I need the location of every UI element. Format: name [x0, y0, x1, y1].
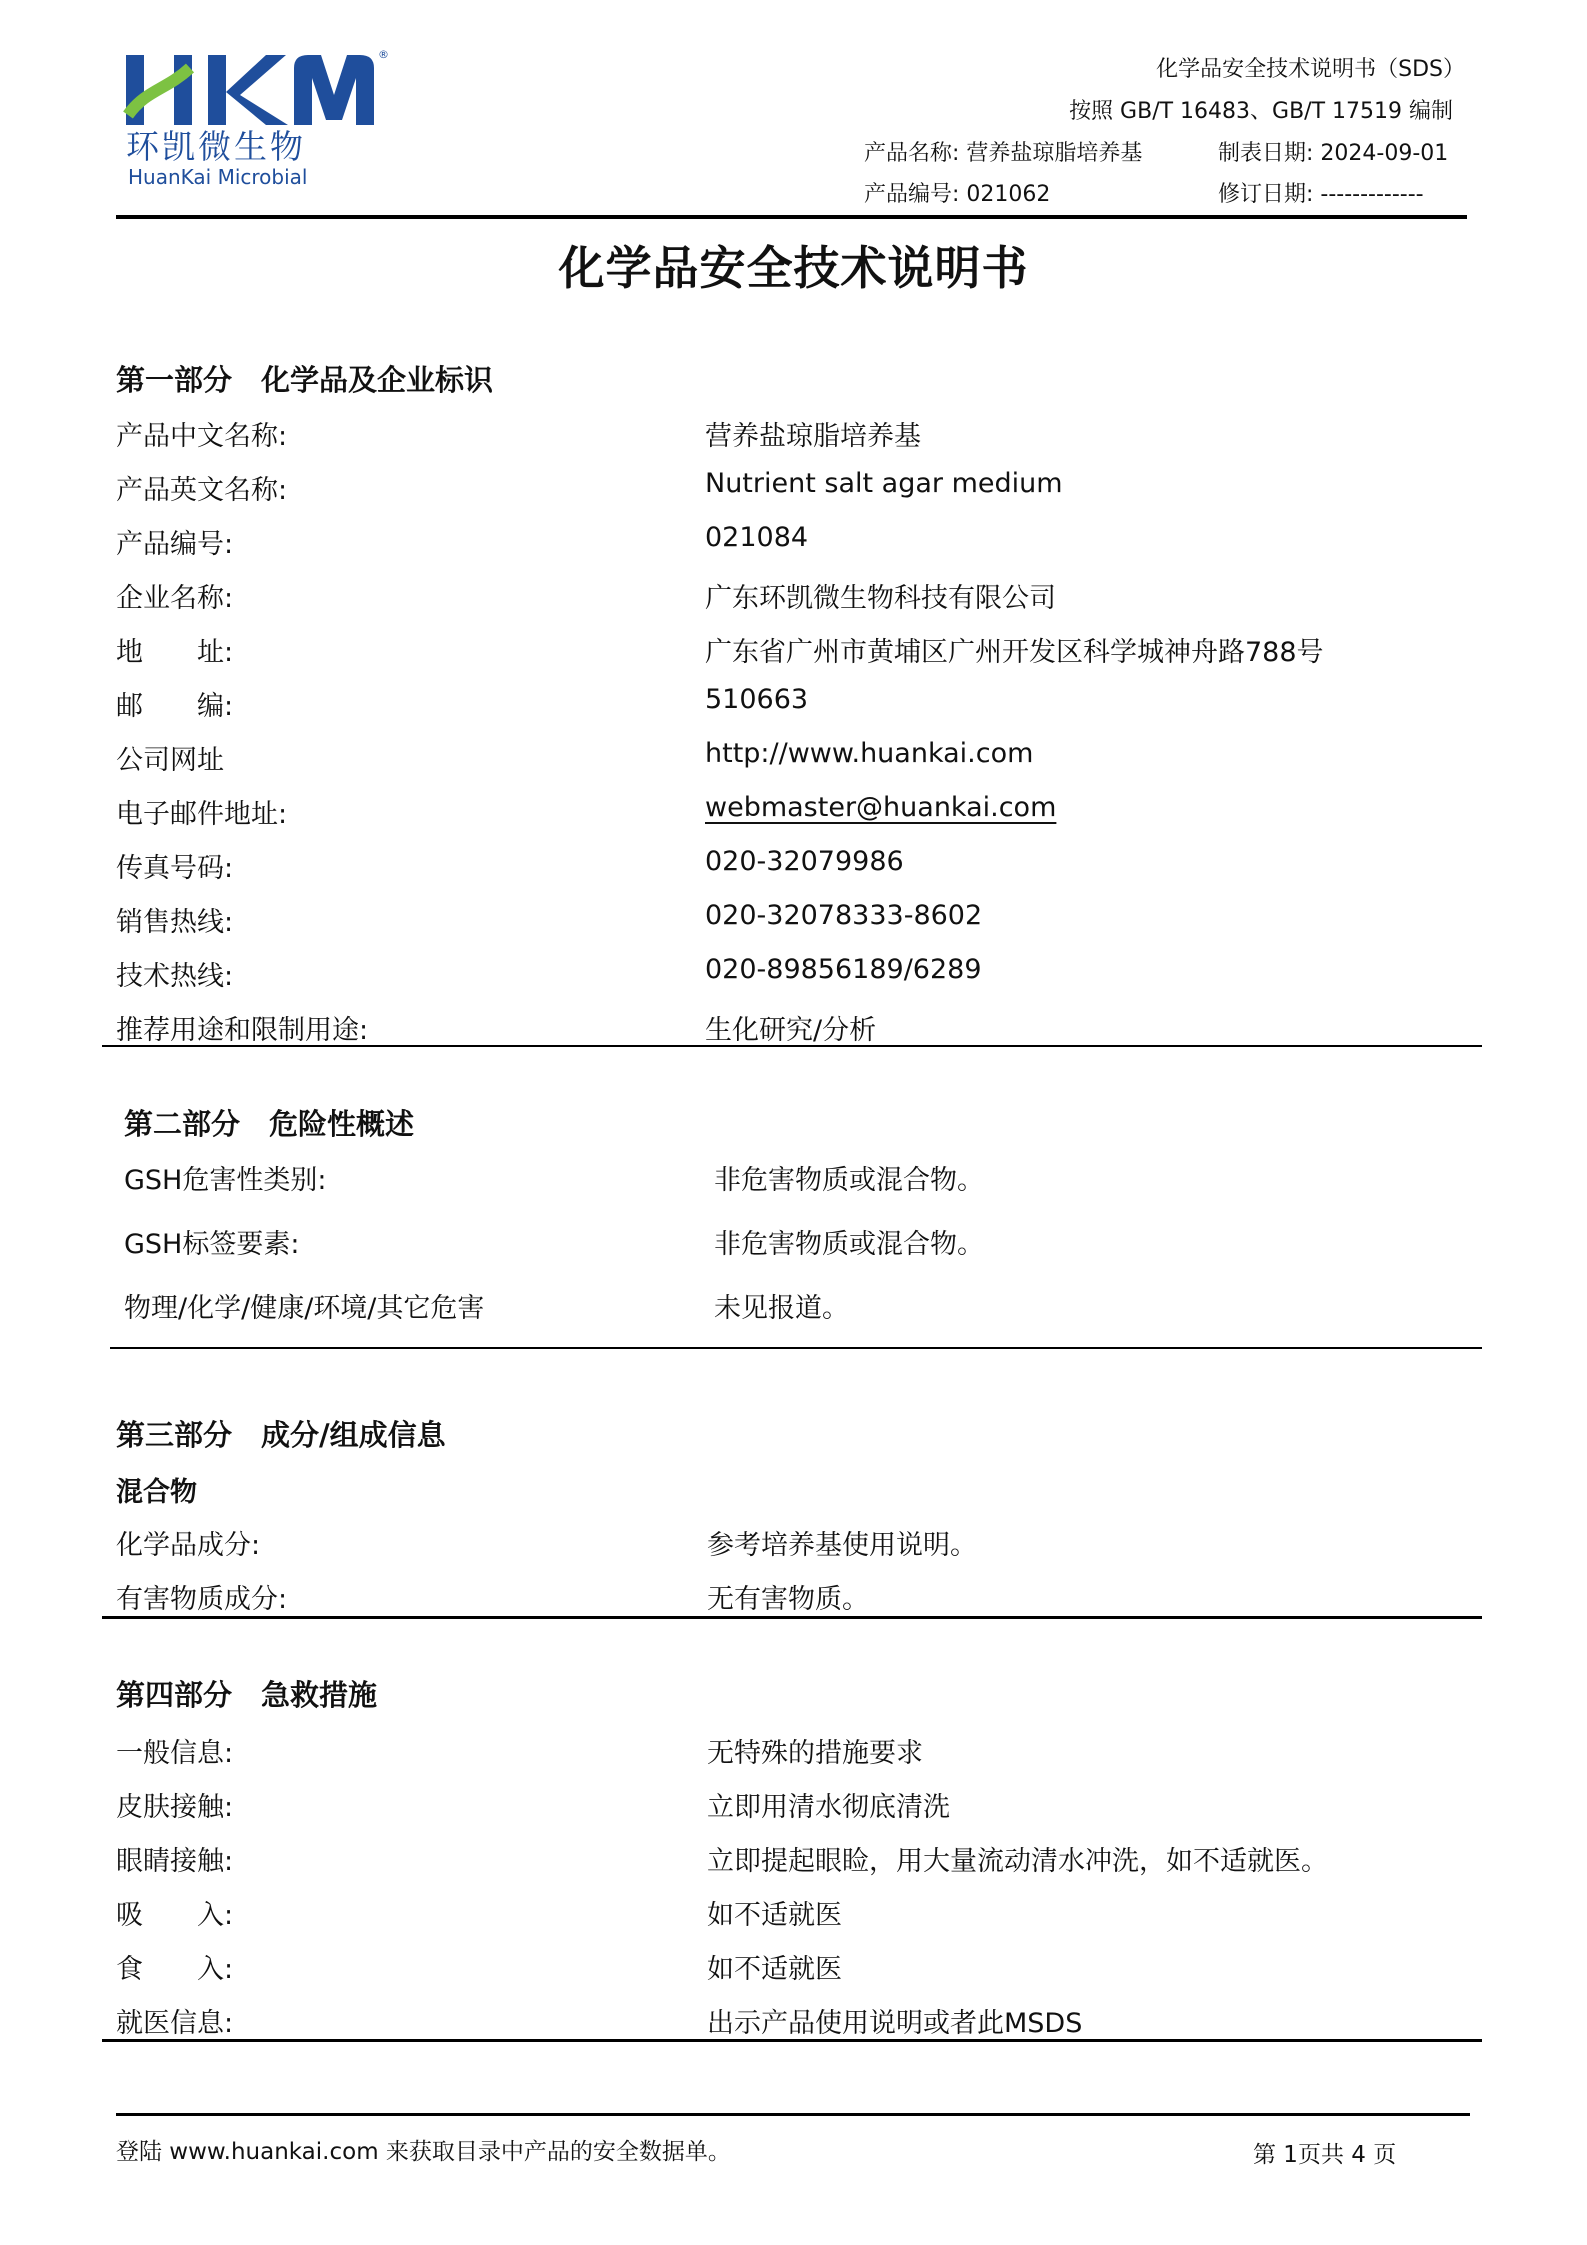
field-value: 如不适就医	[707, 1893, 842, 1932]
section2-divider	[110, 1347, 1482, 1349]
product-code-label: 产品编号:	[864, 182, 959, 207]
field-label: 产品英文名称:	[116, 468, 287, 507]
field-value: 广东环凯微生物科技有限公司	[705, 576, 1056, 615]
section3-divider	[102, 1616, 1482, 1619]
section2-heading: 第二部分 危险性概述	[124, 1102, 414, 1143]
header-divider	[116, 215, 1467, 219]
field-label: 推荐用途和限制用途:	[116, 1008, 368, 1047]
field-label: 公司网址	[116, 738, 224, 777]
field-label: 企业名称:	[116, 576, 233, 615]
date-value: 2024-09-01	[1320, 141, 1448, 166]
field-value: 020-89856189/6289	[705, 954, 982, 985]
footer-divider	[116, 2113, 1470, 2116]
field-label: 技术热线:	[116, 954, 233, 993]
header-product-code: 产品编号: 021062	[864, 177, 1050, 208]
field-value: 021084	[705, 522, 808, 553]
date-label: 制表日期:	[1218, 141, 1313, 166]
page-number: 第 1页共 4 页	[1253, 2136, 1396, 2169]
field-value: 参考培养基使用说明。	[707, 1523, 977, 1562]
section1-heading: 第一部分 化学品及企业标识	[116, 358, 493, 399]
header-revision: 修订日期: -------------	[1218, 177, 1424, 208]
standard-note: 按照 GB/T 16483、GB/T 17519 编制	[1069, 94, 1453, 125]
field-label: 食 入:	[116, 1947, 233, 1986]
field-label: 地 址:	[116, 630, 233, 669]
doc-type: 化学品安全技术说明书（SDS）	[1156, 52, 1465, 83]
field-label: 产品中文名称:	[116, 414, 287, 453]
section3-heading: 第三部分 成分/组成信息	[116, 1413, 446, 1454]
svg-text:环凯微生物: 环凯微生物	[126, 127, 306, 166]
field-value: 营养盐琼脂培养基	[705, 414, 921, 453]
mixture-subheading: 混合物	[116, 1470, 197, 1509]
product-name-label: 产品名称:	[864, 141, 959, 166]
company-logo: ® 环凯微生物 HuanKai Microbial	[116, 40, 406, 190]
svg-text:HuanKai Microbial: HuanKai Microbial	[128, 165, 307, 189]
field-label: 销售热线:	[116, 900, 233, 939]
field-value: Nutrient salt agar medium	[705, 468, 1063, 499]
field-label: 产品编号:	[116, 522, 233, 561]
field-label: 眼睛接触:	[116, 1839, 233, 1878]
field-value: 无有害物质。	[707, 1577, 869, 1616]
field-value: 非危害物质或混合物。	[714, 1222, 984, 1261]
field-label: 吸 入:	[116, 1893, 233, 1932]
field-value: 无特殊的措施要求	[707, 1731, 923, 1770]
field-label: 皮肤接触:	[116, 1785, 233, 1824]
header-date: 制表日期: 2024-09-01	[1218, 136, 1448, 167]
field-value: 广东省广州市黄埔区广州开发区科学城神舟路788号	[705, 630, 1324, 669]
field-label: 邮 编:	[116, 684, 233, 723]
hkm-logo-icon: ® 环凯微生物 HuanKai Microbial	[116, 40, 406, 190]
field-label: GSH危害性类别:	[124, 1158, 326, 1197]
svg-text:®: ®	[378, 48, 389, 61]
footer-note: 登陆 www.huankai.com 来获取目录中产品的安全数据单。	[116, 2133, 731, 2166]
product-code-value: 021062	[966, 182, 1050, 207]
website-link[interactable]: http://www.huankai.com	[705, 738, 1033, 769]
field-value: 020-32079986	[705, 846, 904, 877]
header-product-name: 产品名称: 营养盐琼脂培养基	[864, 136, 1142, 167]
page-title: 化学品安全技术说明书	[0, 232, 1587, 298]
field-value: 如不适就医	[707, 1947, 842, 1986]
field-value: 020-32078333-8602	[705, 900, 982, 931]
field-label: 一般信息:	[116, 1731, 233, 1770]
field-value: 立即用清水彻底清洗	[707, 1785, 950, 1824]
section4-heading: 第四部分 急救措施	[116, 1673, 377, 1714]
revision-value: -------------	[1320, 182, 1423, 207]
field-label: 化学品成分:	[116, 1523, 260, 1562]
field-value: 未见报道。	[714, 1286, 849, 1325]
field-value: 立即提起眼睑，用大量流动清水冲洗，如不适就医。	[707, 1839, 1328, 1878]
field-label: 就医信息:	[116, 2001, 233, 2040]
field-label: 传真号码:	[116, 846, 233, 885]
product-name-value: 营养盐琼脂培养基	[966, 141, 1142, 166]
field-value: 510663	[705, 684, 808, 715]
field-value: 非危害物质或混合物。	[714, 1158, 984, 1197]
email-link[interactable]: webmaster@huankai.com	[705, 792, 1056, 823]
field-label: 电子邮件地址:	[116, 792, 287, 831]
field-label: 物理/化学/健康/环境/其它危害	[124, 1286, 484, 1325]
revision-label: 修订日期:	[1218, 182, 1313, 207]
field-value: 出示产品使用说明或者此MSDS	[707, 2001, 1082, 2040]
field-value: 生化研究/分析	[705, 1008, 876, 1047]
field-label: 有害物质成分:	[116, 1577, 287, 1616]
field-label: GSH标签要素:	[124, 1222, 299, 1261]
